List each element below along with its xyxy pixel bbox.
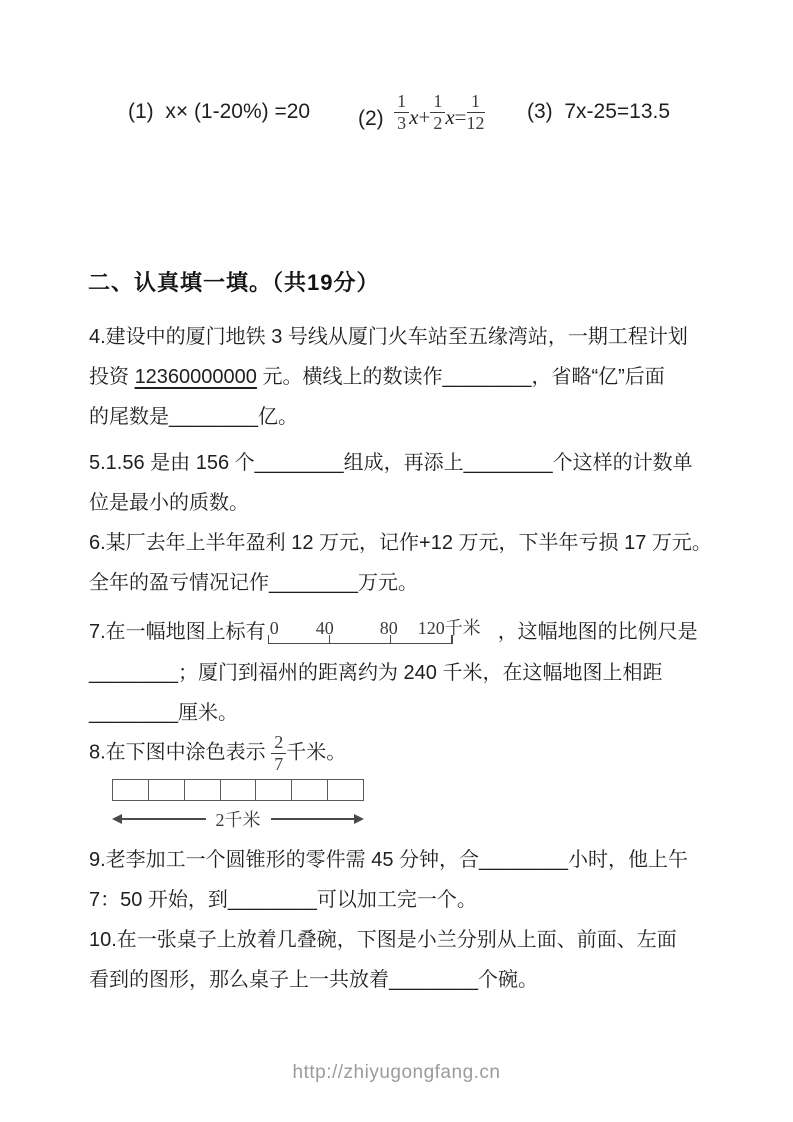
arrow-line-right [271,818,355,820]
section-2-title: 二、认真填一填。（共19分） [88,266,379,297]
question-5-line-2: 位是最小的质数。 [89,488,714,518]
strip-cell [292,780,328,800]
question-10-line-1: 10.在一张桌子上放着几叠碗，下图是小兰分别从上面、前面、左面 [89,925,714,955]
q7-text-pre: 7.在一幅地图上标有 [89,621,266,643]
equation-1: (1) x× (1-20%) =20 [128,100,310,124]
variable-x: x [445,105,454,129]
strip-cell [221,780,257,800]
length-arrow: 2千米 [112,806,364,832]
equals-sign: = [455,105,467,129]
fraction-one-twelfth: 112 [467,92,485,133]
question-8-line-1: 8.在下图中涂色表示 27千米。 [89,733,714,774]
question-9-line-1: 9.老李加工一个圆锥形的零件需 45 分钟，合________小时，他上午 [89,845,714,875]
question-10-line-2: 看到的图形，那么桌子上一共放着________个碗。 [89,965,714,995]
strip-cell [149,780,185,800]
question-9-line-2: 7：50 开始，到________可以加工完一个。 [89,885,714,915]
q7-text-post: ，这幅地图的比例尺是 [498,621,698,643]
question-4-line-1: 4.建设中的厦门地铁 3 号线从厦门火车站至五缘湾站，一期工程计划 [89,322,714,352]
variable-x: x [409,105,418,129]
question-7-line-1: 7.在一幅地图上标有04080120千米，这幅地图的比例尺是 [89,613,714,647]
fraction-one-half: 12 [430,92,445,133]
question-4-line-3: 的尾数是________亿。 [89,402,714,432]
invest-number-underlined: 12360000000 [135,366,257,388]
equation-3-body: 7x-25=13.5 [564,100,670,123]
arrow-right-head [354,814,364,824]
strip-cell [256,780,292,800]
question-7-line-2: ________；厦门到福州的距离约为 240 千米，在这幅地图上相距 [89,658,714,688]
map-scale-figure: 04080120千米 [268,613,496,644]
fraction-one-third: 13 [394,92,409,133]
equation-1-body: x× (1-20%) =20 [165,100,310,123]
footer-url: http://zhiyugongfang.cn [0,1062,793,1084]
strip-segments [112,779,364,801]
plus-sign: + [419,105,431,129]
arrow-line-left [122,818,206,820]
question-6-line-1: 6.某厂去年上半年盈利 12 万元，记作+12 万元，下半年亏损 17 万元。 [89,528,714,558]
exam-page: { "equations": { "e1_label": "(1)", "e1_… [0,0,793,1122]
arrow-label: 2千米 [206,806,271,832]
fraction-two-sevenths: 27 [271,733,286,774]
q8-text-post: 千米。 [286,742,346,764]
q8-text-pre: 8.在下图中涂色表示 [89,742,266,764]
question-6-line-2: 全年的盈亏情况记作________万元。 [89,568,714,598]
strip-cell [113,780,149,800]
strip-cell [185,780,221,800]
question-4-line-2: 投资 12360000000 元。横线上的数读作________，省略“亿”后面 [89,362,714,392]
scale-ruler-line [268,635,453,644]
q4-read-as-text: 元。横线上的数读作________，省略“亿”后面 [257,366,665,388]
equation-1-label: (1) [128,100,154,123]
strip-cell [328,780,363,800]
strip-figure: 2千米 [112,779,364,832]
equation-3-label: (3) [527,100,553,123]
arrow-left-head [112,814,122,824]
question-7-line-3: ________厘米。 [89,698,714,728]
equation-2-label: (2) [358,107,384,130]
equation-2: (2) 13x+12x=112 [358,92,485,133]
equation-3: (3) 7x-25=13.5 [527,100,670,124]
q4-invest-prefix: 投资 [89,366,135,388]
question-5-line-1: 5.1.56 是由 156 个________组成，再添上________个这样… [89,448,714,478]
